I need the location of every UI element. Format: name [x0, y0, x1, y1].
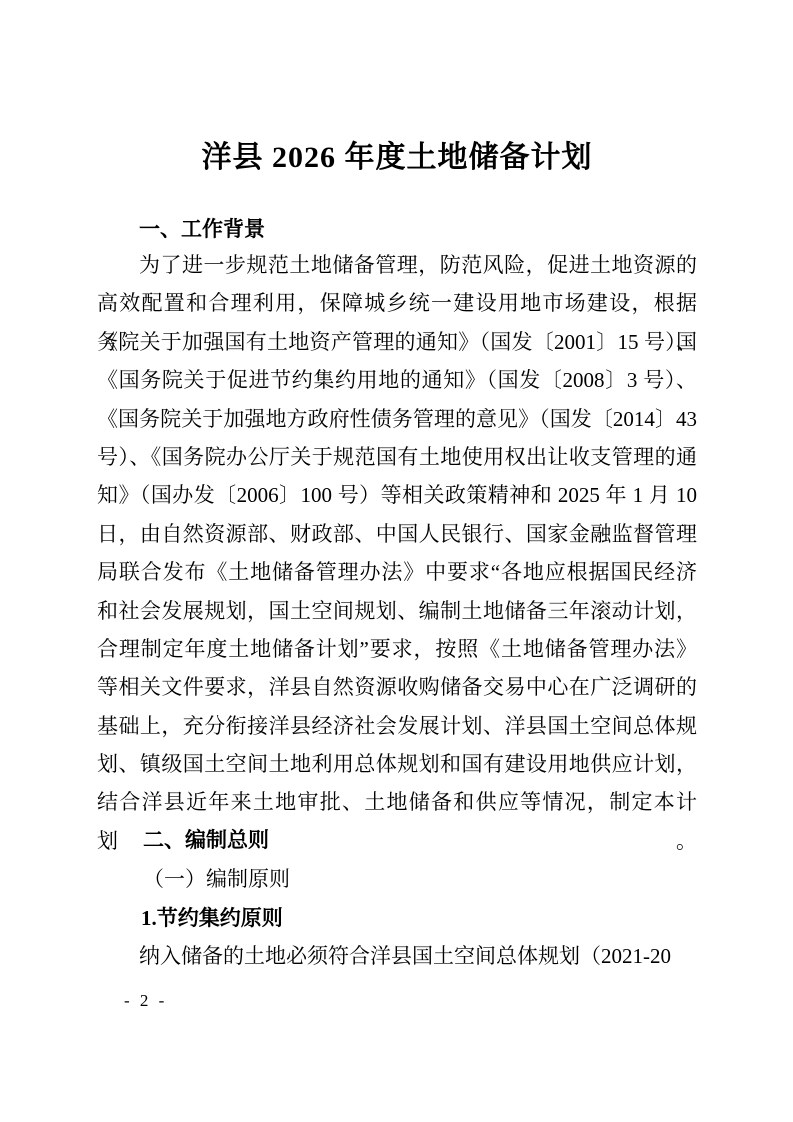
body-line: 合理制定年度土地储备计划”要求，按照《土地储备管理办法》: [97, 630, 697, 668]
body-line: 结合洋县近年来土地审批、土地储备和供应等情况，制定本计划。: [97, 783, 697, 821]
page-number: - 2 -: [124, 991, 167, 1011]
body-line: 和社会发展规划，国土空间规划、编制土地储备三年滚动计划，: [97, 592, 697, 630]
body-line: 局联合发布《土地储备管理办法》中要求“各地应根据国民经济: [97, 553, 697, 591]
body-line: 知》（国办发〔2006〕100 号）等相关政策精神和 2025 年 1 月 10: [97, 476, 697, 514]
body-line: 高效配置和合理利用，保障城乡统一建设用地市场建设，根据《国: [97, 284, 697, 322]
sub-heading-compilation-principle: （一）编制原则: [97, 860, 697, 898]
section-heading-work-background: 一、工作背景: [97, 211, 697, 249]
document-page: 洋县 2026 年度土地储备计划 一、工作背景 为了进一步规范土地储备管理，防范…: [0, 0, 793, 1122]
body-line: 日，由自然资源部、财政部、中国人民银行、国家金融监督管理: [97, 515, 697, 553]
body-line: 为了进一步规范土地储备管理，防范风险，促进土地资源的: [97, 246, 697, 284]
body-line: 号）、《国务院办公厅关于规范国有土地使用权出让收支管理的通: [97, 438, 697, 476]
item-heading-economical-intensive-principle: 1.节约集约原则: [97, 899, 697, 937]
body-line: 《国务院关于促进节约集约用地的通知》（国发〔2008〕3 号）、: [97, 361, 697, 399]
body-line: 纳入储备的土地必须符合洋县国土空间总体规划（2021-20: [97, 937, 697, 975]
body-line: 划、镇级国土空间土地利用总体规划和国有建设用地供应计划，: [97, 745, 697, 783]
document-title: 洋县 2026 年度土地储备计划: [97, 136, 697, 180]
body-line: 基础上，充分衔接洋县经济社会发展计划、洋县国土空间总体规: [97, 707, 697, 745]
document-body: 为了进一步规范土地储备管理，防范风险，促进土地资源的 高效配置和合理利用，保障城…: [97, 246, 697, 975]
body-line: 《国务院关于加强地方政府性债务管理的意见》（国发〔2014〕43: [97, 400, 697, 438]
body-line: 等相关文件要求，洋县自然资源收购储备交易中心在广泛调研的: [97, 668, 697, 706]
body-line: 务院关于加强国有土地资产管理的通知》（国发〔2001〕15 号）、: [97, 323, 697, 361]
